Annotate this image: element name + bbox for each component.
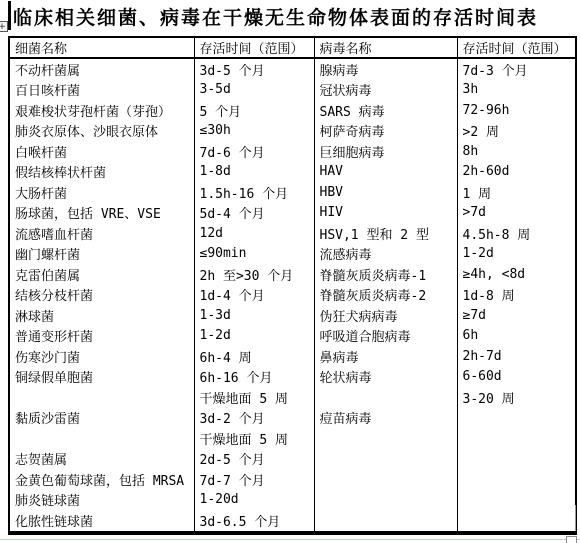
table-cell: 肺炎衣原体、沙眼衣原体: [9, 121, 194, 142]
table-row: 大肠杆菌1.5h-16 个月HBV1 周: [9, 182, 576, 203]
table-row: 黏质沙雷菌3d-2 个月痘苗病毒: [9, 408, 576, 429]
table-row: 肺炎链球菌1-20d: [9, 490, 576, 511]
table-cell: 呼吸道合胞病毒: [314, 326, 457, 347]
table-cell: 鼻病毒: [314, 346, 457, 367]
table-cell: 6h-4 周: [194, 346, 314, 367]
table-cell: [314, 490, 457, 511]
table-cell: 4.5h-8 周: [457, 223, 576, 244]
table-cell: [314, 428, 457, 449]
header-row: 细菌名称 存活时间（范围） 病毒名称 存活时间（范围）: [9, 37, 576, 58]
table-cell: 1 周: [457, 182, 576, 203]
header-bacteria-name: 细菌名称: [9, 37, 194, 58]
table-row: 肠球菌，包括 VRE、VSE5d-4 个月HIV>7d: [9, 203, 576, 224]
table-row: 流感嗜血杆菌12dHSV,1 型和 2 型4.5h-8 周: [9, 223, 576, 244]
table-cell: 72-96h: [457, 100, 576, 121]
table-cell: 轮状病毒: [314, 367, 457, 388]
table-cell: 冠状病毒: [314, 80, 457, 101]
table-cell: ≤90min: [194, 244, 314, 265]
table-cell: 5 个月: [194, 100, 314, 121]
table-cell: HSV,1 型和 2 型: [314, 223, 457, 244]
header-virus-name: 病毒名称: [314, 37, 457, 58]
table-cell: 肠球菌，包括 VRE、VSE: [9, 203, 194, 224]
table-cell: 伤寒沙门菌: [9, 346, 194, 367]
table-cell: 5d-4 个月: [194, 203, 314, 224]
table-row: 普通变形杆菌1-2d呼吸道合胞病毒6h: [9, 326, 576, 347]
table-cell: 不动杆菌属: [9, 58, 194, 80]
table-cell: ≥4h, <8d: [457, 264, 576, 285]
table-row: 白喉杆菌7d-6 个月巨细胞病毒8h: [9, 141, 576, 162]
table-header: 细菌名称 存活时间（范围） 病毒名称 存活时间（范围）: [9, 37, 576, 58]
table-cell: [457, 469, 576, 490]
table-cell: 1-2d: [457, 244, 576, 265]
header-virus-survival-time: 存活时间（范围）: [457, 37, 576, 58]
table-cell: 2h-7d: [457, 346, 576, 367]
table-cell: 3d-2 个月: [194, 408, 314, 429]
table-cell: HBV: [314, 182, 457, 203]
table-cell: 流感嗜血杆菌: [9, 223, 194, 244]
table-cell: 脊髓灰质炎病毒-2: [314, 285, 457, 306]
table-cell: 淋球菌: [9, 305, 194, 326]
table-row: 金黄色葡萄球菌，包括 MRSA7d-7 个月: [9, 469, 576, 490]
table-cell: [457, 428, 576, 449]
table-row: 干燥地面 5 周: [9, 428, 576, 449]
table-cell: 3h: [457, 80, 576, 101]
table-cell: 志贺菌属: [9, 449, 194, 470]
table-move-handle-icon[interactable]: +: [0, 21, 8, 32]
table-cell: [457, 449, 576, 470]
table-cell: 痘苗病毒: [314, 408, 457, 429]
table-cell: ≤30h: [194, 121, 314, 142]
table-cell: >2 周: [457, 121, 576, 142]
table-cell: 普通变形杆菌: [9, 326, 194, 347]
table-cell: 艰难梭状芽孢杆菌（芽孢）: [9, 100, 194, 121]
table-cell: 2d-5 个月: [194, 449, 314, 470]
table-cell: [314, 469, 457, 490]
table-row: 假结核棒状杆菌1-8dHAV2h-60d: [9, 162, 576, 183]
table-cell: 腺病毒: [314, 58, 457, 80]
table-cell: 1-2d: [194, 326, 314, 347]
table-cell: 3-20 周: [457, 387, 576, 408]
table-cell: 3d-6.5 个月: [194, 510, 314, 533]
table-cell: 金黄色葡萄球菌，包括 MRSA: [9, 469, 194, 490]
table-cell: 12d: [194, 223, 314, 244]
table-cell: 克雷伯菌属: [9, 264, 194, 285]
table-row: 化脓性链球菌3d-6.5 个月: [9, 510, 576, 533]
table-cell: 巨细胞病毒: [314, 141, 457, 162]
table-cell: 1d-4 个月: [194, 285, 314, 306]
table-cell: HAV: [314, 162, 457, 183]
table-cell: HIV: [314, 203, 457, 224]
document-page: + 临床相关细菌、病毒在干燥无生命物体表面的存活时间表 细菌名称 存活时间（范围…: [0, 0, 580, 543]
table-cell: 结核分枝杆菌: [9, 285, 194, 306]
table-cell: [9, 428, 194, 449]
table-cell: 流感病毒: [314, 244, 457, 265]
table-cell: 脊髓灰质炎病毒-1: [314, 264, 457, 285]
scroll-area-divider: [0, 539, 580, 540]
table-row: 结核分枝杆菌1d-4 个月脊髓灰质炎病毒-21d-8 周: [9, 285, 576, 306]
table-cell: 2h-60d: [457, 162, 576, 183]
header-bacteria-survival-time: 存活时间（范围）: [194, 37, 314, 58]
table-cell: 7d-7 个月: [194, 469, 314, 490]
table-row: 幽门螺杆菌≤90min流感病毒1-2d: [9, 244, 576, 265]
table-cell: 2h 至>30 个月: [194, 264, 314, 285]
table-cell: [457, 408, 576, 429]
table-cell: 假结核棒状杆菌: [9, 162, 194, 183]
table-cell: 伪狂犬病病毒: [314, 305, 457, 326]
table-cell: 柯萨奇病毒: [314, 121, 457, 142]
page-edge-line: [575, 505, 576, 531]
table-cell: [9, 387, 194, 408]
table-row: 艰难梭状芽孢杆菌（芽孢）5 个月SARS 病毒72-96h: [9, 100, 576, 121]
table-row: 干燥地面 5 周3-20 周: [9, 387, 576, 408]
table-cell: 黏质沙雷菌: [9, 408, 194, 429]
table-cell: 1-3d: [194, 305, 314, 326]
table-row: 淋球菌1-3d伪狂犬病病毒≥7d: [9, 305, 576, 326]
table-cell: [314, 387, 457, 408]
page-title: 临床相关细菌、病毒在干燥无生命物体表面的存活时间表: [13, 3, 538, 30]
table-cell: 8h: [457, 141, 576, 162]
table-cell: 化脓性链球菌: [9, 510, 194, 533]
table-cell: 1.5h-16 个月: [194, 182, 314, 203]
table-row: 克雷伯菌属2h 至>30 个月脊髓灰质炎病毒-1≥4h, <8d: [9, 264, 576, 285]
table-cell: [457, 490, 576, 511]
table-cell: [314, 449, 457, 470]
table-cell: [457, 510, 576, 533]
table-cell: 6h-16 个月: [194, 367, 314, 388]
table-cell: 百日咳杆菌: [9, 80, 194, 101]
table-row: 伤寒沙门菌6h-4 周鼻病毒2h-7d: [9, 346, 576, 367]
text-cursor: [8, 1, 11, 30]
table-cell: [314, 510, 457, 533]
table-cell: 7d-3 个月: [457, 58, 576, 80]
table-cell: 6h: [457, 326, 576, 347]
table-row: 志贺菌属2d-5 个月: [9, 449, 576, 470]
table-cell: 幽门螺杆菌: [9, 244, 194, 265]
table-cell: 3d-5 个月: [194, 58, 314, 80]
table-cell: ≥7d: [457, 305, 576, 326]
table-cell: 肺炎链球菌: [9, 490, 194, 511]
table-body: 不动杆菌属3d-5 个月腺病毒7d-3 个月百日咳杆菌3-5d冠状病毒3h艰难梭…: [9, 58, 576, 533]
table-cell: >7d: [457, 203, 576, 224]
table-row: 肺炎衣原体、沙眼衣原体≤30h柯萨奇病毒>2 周: [9, 121, 576, 142]
survival-time-table: 细菌名称 存活时间（范围） 病毒名称 存活时间（范围） 不动杆菌属3d-5 个月…: [8, 36, 577, 535]
table-cell: 6-60d: [457, 367, 576, 388]
table-cell: SARS 病毒: [314, 100, 457, 121]
table-resize-handle[interactable]: [566, 536, 577, 543]
table-cell: 铜绿假单胞菌: [9, 367, 194, 388]
table-cell: 1-8d: [194, 162, 314, 183]
table-cell: 1-20d: [194, 490, 314, 511]
table-row: 铜绿假单胞菌6h-16 个月轮状病毒6-60d: [9, 367, 576, 388]
table-row: 百日咳杆菌3-5d冠状病毒3h: [9, 80, 576, 101]
table-cell: 大肠杆菌: [9, 182, 194, 203]
table-cell: 干燥地面 5 周: [194, 387, 314, 408]
table-cell: 3-5d: [194, 80, 314, 101]
table-cell: 1d-8 周: [457, 285, 576, 306]
table-cell: 7d-6 个月: [194, 141, 314, 162]
table-row: 不动杆菌属3d-5 个月腺病毒7d-3 个月: [9, 58, 576, 80]
table-cell: 干燥地面 5 周: [194, 428, 314, 449]
table-cell: 白喉杆菌: [9, 141, 194, 162]
